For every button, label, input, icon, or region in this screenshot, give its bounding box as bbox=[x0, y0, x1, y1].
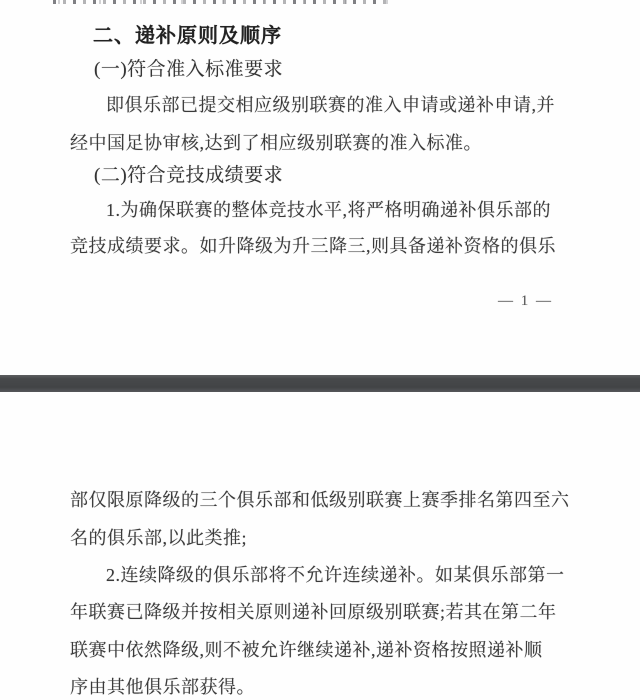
page-gap-separator bbox=[0, 375, 640, 392]
document-viewport: 二、递补原则及顺序 (一)符合准入标准要求 即俱乐部已提交相应级别联赛的准入申请… bbox=[0, 0, 640, 700]
body-line: 部仅限原降级的三个俱乐部和低级别联赛上赛季排名第四至六 bbox=[70, 489, 570, 511]
body-line: 序由其他俱乐部获得。 bbox=[70, 676, 255, 698]
body-line: 名的俱乐部,以此类推; bbox=[70, 527, 247, 549]
body-line: 经中国足协审核,达到了相应级别联赛的准入标准。 bbox=[70, 132, 482, 154]
body-line: 竞技成绩要求。如升降级为升三降三,则具备递补资格的俱乐 bbox=[70, 235, 556, 257]
section-heading: 二、递补原则及顺序 bbox=[93, 25, 282, 47]
pdf-page-1: 二、递补原则及顺序 (一)符合准入标准要求 即俱乐部已提交相应级别联赛的准入申请… bbox=[0, 0, 640, 375]
subheading-1: (一)符合准入标准要求 bbox=[94, 59, 283, 81]
body-line: 1.为确保联赛的整体竞技水平,将严格明确递补俱乐部的 bbox=[106, 199, 551, 221]
body-line: 年联赛已降级并按相关原则递补回原级别联赛;若其在第二年 bbox=[70, 601, 557, 623]
body-line: 联赛中依然降级,则不被允许继续递补,递补资格按照递补顺 bbox=[70, 639, 543, 661]
pdf-page-2: 部仅限原降级的三个俱乐部和低级别联赛上赛季排名第四至六 名的俱乐部,以此类推; … bbox=[0, 392, 640, 700]
body-line: 2.连续降级的俱乐部将不允许连续递补。如某俱乐部第一 bbox=[106, 564, 565, 586]
body-line: 即俱乐部已提交相应级别联赛的准入申请或递补申请,并 bbox=[106, 94, 555, 116]
subheading-2: (二)符合竞技成绩要求 bbox=[94, 165, 283, 187]
page-number: — 1 — bbox=[498, 292, 553, 310]
cut-off-text-line bbox=[53, 0, 393, 4]
